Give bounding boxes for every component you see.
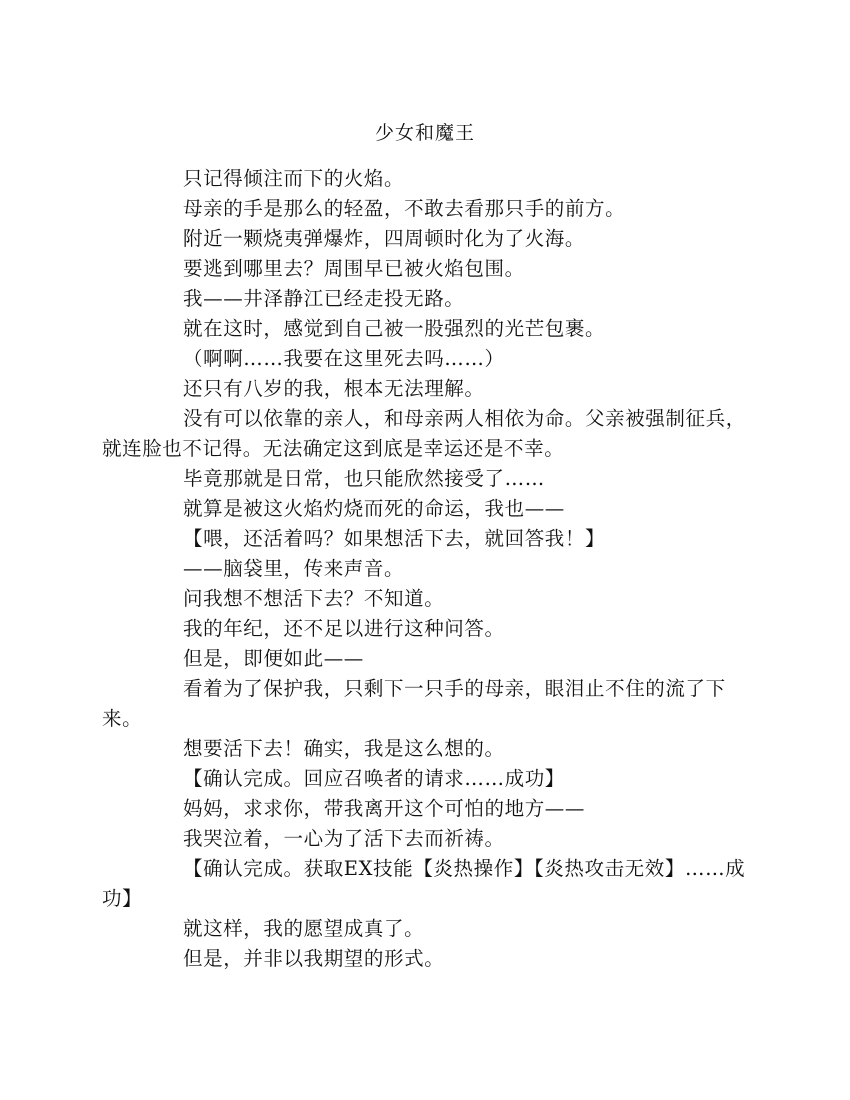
paragraph: 附近一颗烧夷弹爆炸，四周顿时化为了火海。 (102, 224, 750, 254)
paragraph: 要逃到哪里去？周围早已被火焰包围。 (102, 254, 750, 284)
document-page: 少女和魔王 只记得倾注而下的火焰。 母亲的手是那么的轻盈，不敢去看那只手的前方。… (0, 0, 850, 1100)
paragraph: 还只有八岁的我，根本无法理解。 (102, 374, 750, 404)
paragraph: 想要活下去！确实，我是这么想的。 (102, 734, 750, 764)
paragraph: 就这样，我的愿望成真了。 (102, 914, 750, 944)
paragraph: （啊啊……我要在这里死去吗……） (102, 344, 750, 374)
paragraph: 【确认完成。回应召唤者的请求……成功】 (102, 764, 750, 794)
paragraph: 【喂，还活着吗？如果想活下去，就回答我！】 (102, 524, 750, 554)
paragraph: 问我想不想活下去？不知道。 (102, 584, 750, 614)
paragraph: 只记得倾注而下的火焰。 (102, 164, 750, 194)
paragraph: 妈妈，求求你，带我离开这个可怕的地方—— (102, 794, 750, 824)
paragraph: ——脑袋里，传来声音。 (102, 554, 750, 584)
paragraph: 就算是被这火焰灼烧而死的命运，我也—— (102, 494, 750, 524)
paragraph: 我——井泽静江已经走投无路。 (102, 284, 750, 314)
paragraph: 【确认完成。获取EX技能【炎热操作】【炎热攻击无效】……成功】 (102, 854, 750, 914)
paragraph: 我哭泣着，一心为了活下去而祈祷。 (102, 824, 750, 854)
paragraph: 毕竟那就是日常，也只能欣然接受了…… (102, 464, 750, 494)
document-body: 只记得倾注而下的火焰。 母亲的手是那么的轻盈，不敢去看那只手的前方。 附近一颗烧… (102, 164, 750, 974)
paragraph: 我的年纪，还不足以进行这种问答。 (102, 614, 750, 644)
paragraph: 母亲的手是那么的轻盈，不敢去看那只手的前方。 (102, 194, 750, 224)
paragraph: 没有可以依靠的亲人，和母亲两人相依为命。父亲被强制征兵，就连脸也不记得。无法确定… (102, 404, 750, 464)
paragraph: 就在这时，感觉到自己被一股强烈的光芒包裹。 (102, 314, 750, 344)
paragraph: 但是，并非以我期望的形式。 (102, 944, 750, 974)
document-title: 少女和魔王 (0, 119, 850, 147)
paragraph: 看着为了保护我，只剩下一只手的母亲，眼泪止不住的流了下来。 (102, 674, 750, 734)
paragraph: 但是，即便如此—— (102, 644, 750, 674)
